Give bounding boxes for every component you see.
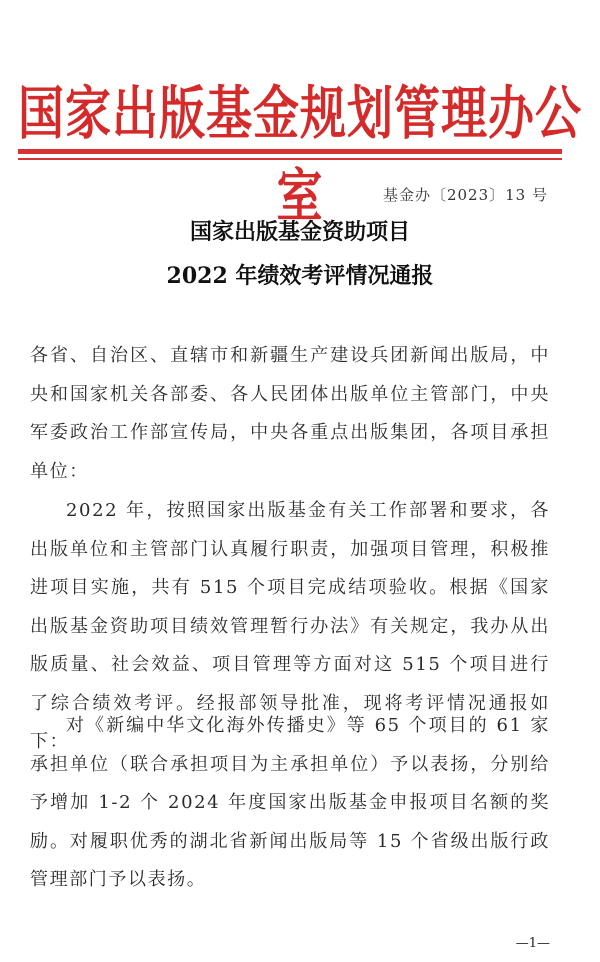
red-rule-thin bbox=[18, 158, 562, 160]
paragraph-block-2: 对《新编中华文化海外传播史》等 65 个项目的 61 家承担单位（联合承担项目为… bbox=[30, 707, 550, 900]
page-number: —1— bbox=[516, 936, 550, 951]
document-title-line2: 2022 年绩效考评情况通报 bbox=[0, 259, 600, 290]
document-number: 基金办〔2023〕13 号 bbox=[383, 184, 548, 205]
salutation-block: 各省、自治区、直辖市和新疆生产建设兵团新闻出版局，中央和国家机关各部委、各人民团… bbox=[30, 337, 550, 491]
paragraph-2: 对《新编中华文化海外传播史》等 65 个项目的 61 家承担单位（联合承担项目为… bbox=[30, 707, 550, 900]
salutation: 各省、自治区、直辖市和新疆生产建设兵团新闻出版局，中央和国家机关各部委、各人民团… bbox=[30, 337, 550, 491]
document-title-line1: 国家出版基金资助项目 bbox=[0, 215, 600, 246]
red-rule-thick bbox=[18, 149, 562, 154]
